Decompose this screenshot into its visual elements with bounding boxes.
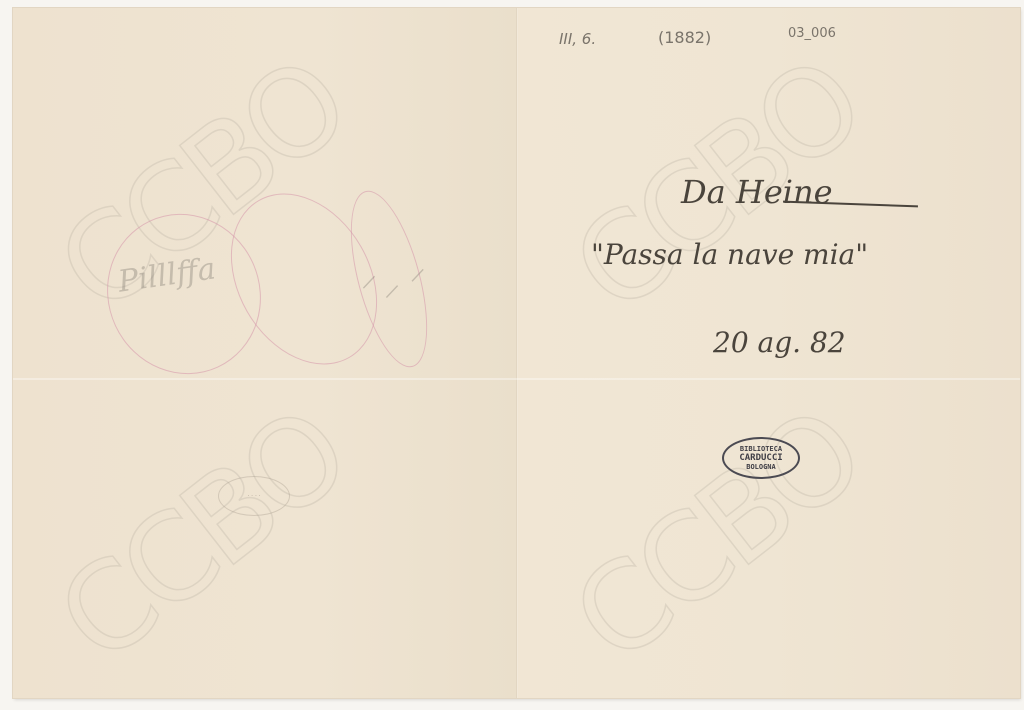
title-line: Da Heine [681, 173, 833, 211]
date-line: 20 ag. 82 [713, 326, 846, 359]
subtitle-line: "Passa la nave mia" [591, 238, 868, 271]
horizontal-fold [13, 378, 1020, 380]
watermark: CCBO [34, 385, 370, 690]
archive-reference: III, 6. [559, 30, 596, 48]
faint-stamp: · · · · [218, 476, 290, 516]
library-stamp: BIBLIOTECA CARDUCCI BOLOGNA [722, 437, 800, 479]
year-note: (1882) [658, 28, 711, 47]
manuscript-sheet: CCBO CCBO Pilllffa ⸍ ⸝ ⸍ · · · · CCBO CC… [13, 8, 1020, 698]
left-page: CCBO CCBO Pilllffa ⸍ ⸝ ⸍ · · · · [13, 8, 516, 698]
catalog-number: 03_006 [788, 26, 836, 41]
stamp-middle: CARDUCCI [739, 454, 782, 463]
stamp-bottom: BOLOGNA [746, 463, 776, 472]
watermark: CCBO [549, 385, 885, 690]
